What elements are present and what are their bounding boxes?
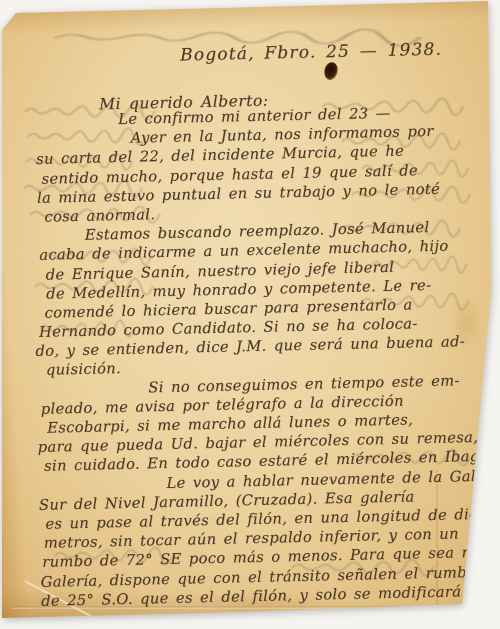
- date-line: Bogotá, Fbro. 25 — 1938.: [180, 40, 442, 66]
- letter-body: Le confirmo mi anterior del 23 —Ayer en …: [30, 102, 500, 611]
- letter-paper: Bogotá, Fbro. 25 — 1938. Mi querido Albe…: [0, 0, 500, 629]
- ink-blot: [323, 61, 340, 81]
- scan-background: { "letter": { "date_line": "Bogotá, Fbro…: [0, 0, 500, 629]
- scanned-letter: Bogotá, Fbro. 25 — 1938. Mi querido Albe…: [0, 0, 500, 629]
